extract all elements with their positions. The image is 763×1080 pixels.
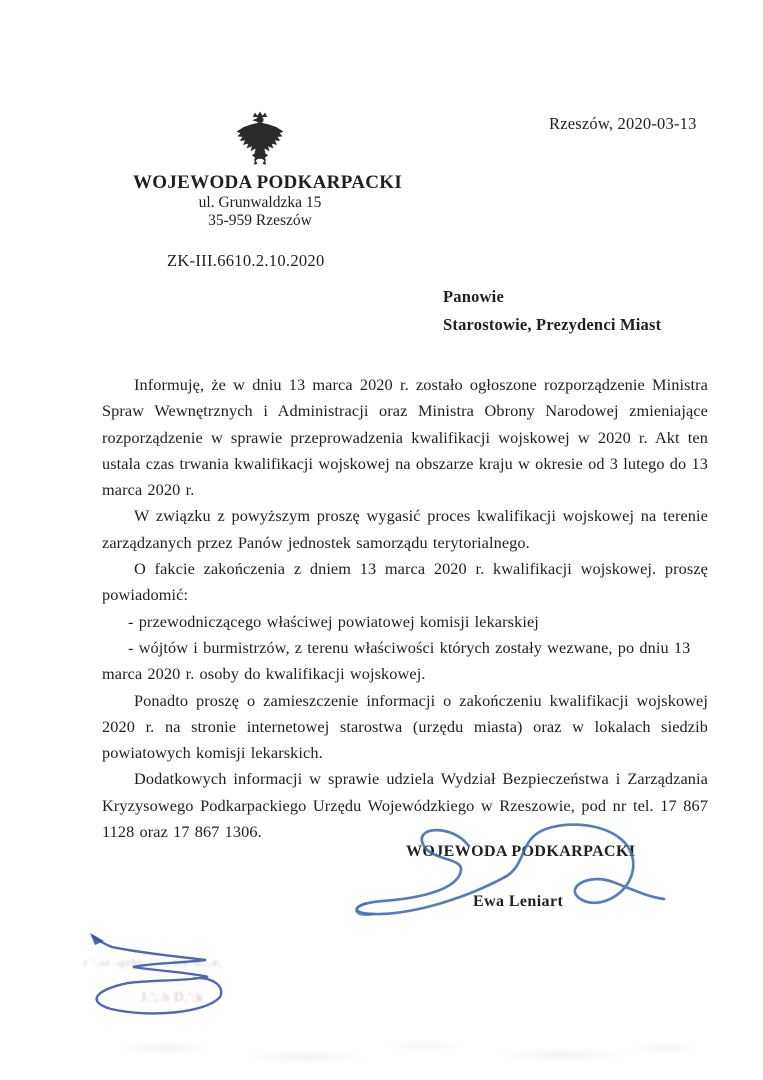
addressee-line2: Starostowie, Prezydenci Miast [443, 311, 661, 339]
addressee-block: Panowie Starostowie, Prezydenci Miast [443, 283, 661, 338]
signature-name: Ewa Leniart [473, 893, 563, 911]
body-paragraph: Informuję, że w dniu 13 marca 2020 r. zo… [102, 372, 708, 503]
body-list-item: - przewodniczącego właściwej powiatowej … [102, 609, 708, 635]
body-list-item: - wójtów i burmistrzów, z terenu właściw… [102, 635, 708, 688]
sender-address-line1: ul. Grunwaldzka 15 [133, 194, 387, 212]
signature-title: WOJEWODA PODKARPACKI [406, 843, 635, 861]
sender-header: WOJEWODA PODKARPACKI ul. Grunwaldzka 15 … [133, 110, 387, 230]
reference-number: ZK-III.6610.2.10.2020 [167, 251, 325, 271]
body-paragraph: W związku z powyższym proszę wygasić pro… [102, 503, 708, 556]
body-paragraph: O fakcie zakończenia z dniem 13 marca 20… [102, 556, 708, 609]
faint-stamp-text: r ';ur.-qubt;.' ' '. r;y.'n..,e, [84, 957, 259, 969]
faint-red-initials-text: J.';.b D,':k [141, 990, 203, 1005]
letter-body: Informuję, że w dniu 13 marca 2020 r. zo… [102, 372, 708, 845]
body-paragraph: Ponadto proszę o zamieszczenie informacj… [102, 688, 708, 767]
body-paragraph: Dodatkowych informacji w sprawie udziela… [102, 766, 708, 845]
sender-address-line2: 35-959 Rzeszów [133, 212, 387, 230]
scan-ghost-smudge [95, 1030, 695, 1075]
scanned-letter-page: Rzeszów, 2020-03-13 WOJEWODA PODKARPACKI… [0, 0, 763, 1080]
date-line: Rzeszów, 2020-03-13 [549, 114, 697, 134]
sender-name: WOJEWODA PODKARPACKI [133, 172, 387, 194]
addressee-line1: Panowie [443, 283, 661, 311]
polish-eagle-emblem [233, 110, 287, 170]
handwritten-initials-scribble [70, 922, 240, 1022]
